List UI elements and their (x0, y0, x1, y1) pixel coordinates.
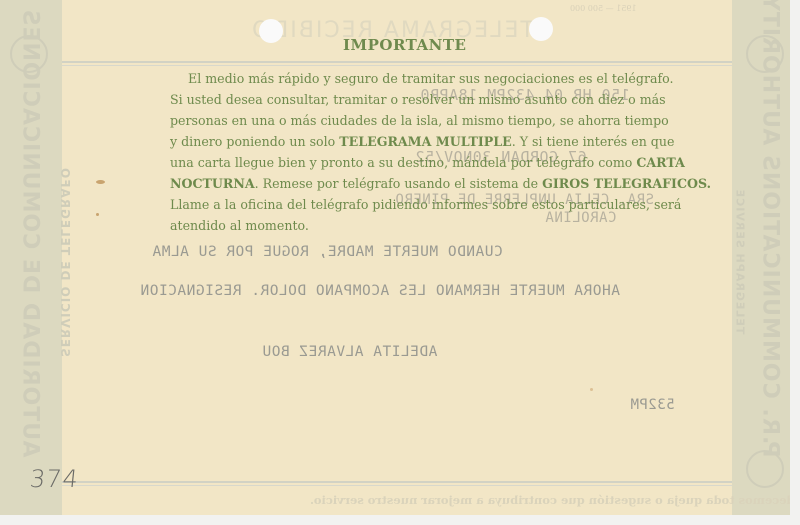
bottom-rule (62, 481, 732, 486)
left-band-subtext: SERVICIO DE TELEGRAFO (58, 137, 72, 387)
paragraph-line-7: Llame a la oficina del telégrafo pidiend… (170, 194, 680, 215)
stain (96, 213, 99, 216)
telegram-signature: ADELITA ALVAREZ BOU (262, 344, 437, 360)
paragraph-line-5: una carta llegue bien y pronto a su dest… (170, 152, 680, 173)
paragraph-line-1: El medio más rápido y seguro de tramitar… (170, 68, 680, 89)
telegram-message-line-1: CUANDO MUERTE MADRE, ROGUE POR SU ALMA (152, 244, 503, 260)
stain (590, 388, 593, 391)
paragraph-line-4: y dinero poniendo un solo TELEGRAMA MULT… (170, 131, 680, 152)
telegram-time-stamp: 532PM (630, 397, 675, 413)
right-band-subtext: TELEGRAPH SERVICE (734, 162, 747, 362)
highlight-nocturna: NOCTURNA (170, 176, 255, 191)
paragraph-line-8: atendido al momento. (170, 215, 680, 236)
telegram-message-line-2: AHORA MUERTE HERMANO LES ACOMPANO DOLOR.… (140, 283, 620, 299)
paragraph-line-2: Si usted desea consultar, tramitar o res… (170, 89, 680, 110)
punch-hole-left (259, 19, 283, 43)
telegram-card-back: AUTORIDAD DE COMUNICACIONES SERVICIO DE … (0, 0, 790, 515)
paragraph-line-3: personas en una o más ciudades de la isl… (170, 110, 680, 131)
left-band-text: AUTORIDAD DE COMUNICACIONES (18, 78, 43, 458)
highlight-telegrama-multiple: TELEGRAMA MULTIPLE (339, 134, 511, 149)
right-band-text: P.R. COMMUNICATIONS AUTHORITY (758, 78, 783, 458)
ghost-print-code: 1951 — 500 000 (570, 4, 637, 13)
punch-hole-right (529, 17, 553, 41)
paragraph-line-6: NOCTURNA. Remese por telégrafo usando el… (170, 173, 680, 194)
highlight-carta: CARTA (636, 155, 685, 170)
important-paragraph: El medio más rápido y seguro de tramitar… (170, 68, 680, 236)
handwritten-number: 374 (29, 465, 81, 493)
footer-ghost-text: Agradecemos toda queja o sugestión que c… (310, 493, 790, 507)
stain (96, 180, 105, 184)
top-rule (62, 61, 732, 66)
important-title: IMPORTANTE (343, 36, 466, 54)
highlight-giros: GIROS TELEGRAFICOS. (542, 176, 711, 191)
